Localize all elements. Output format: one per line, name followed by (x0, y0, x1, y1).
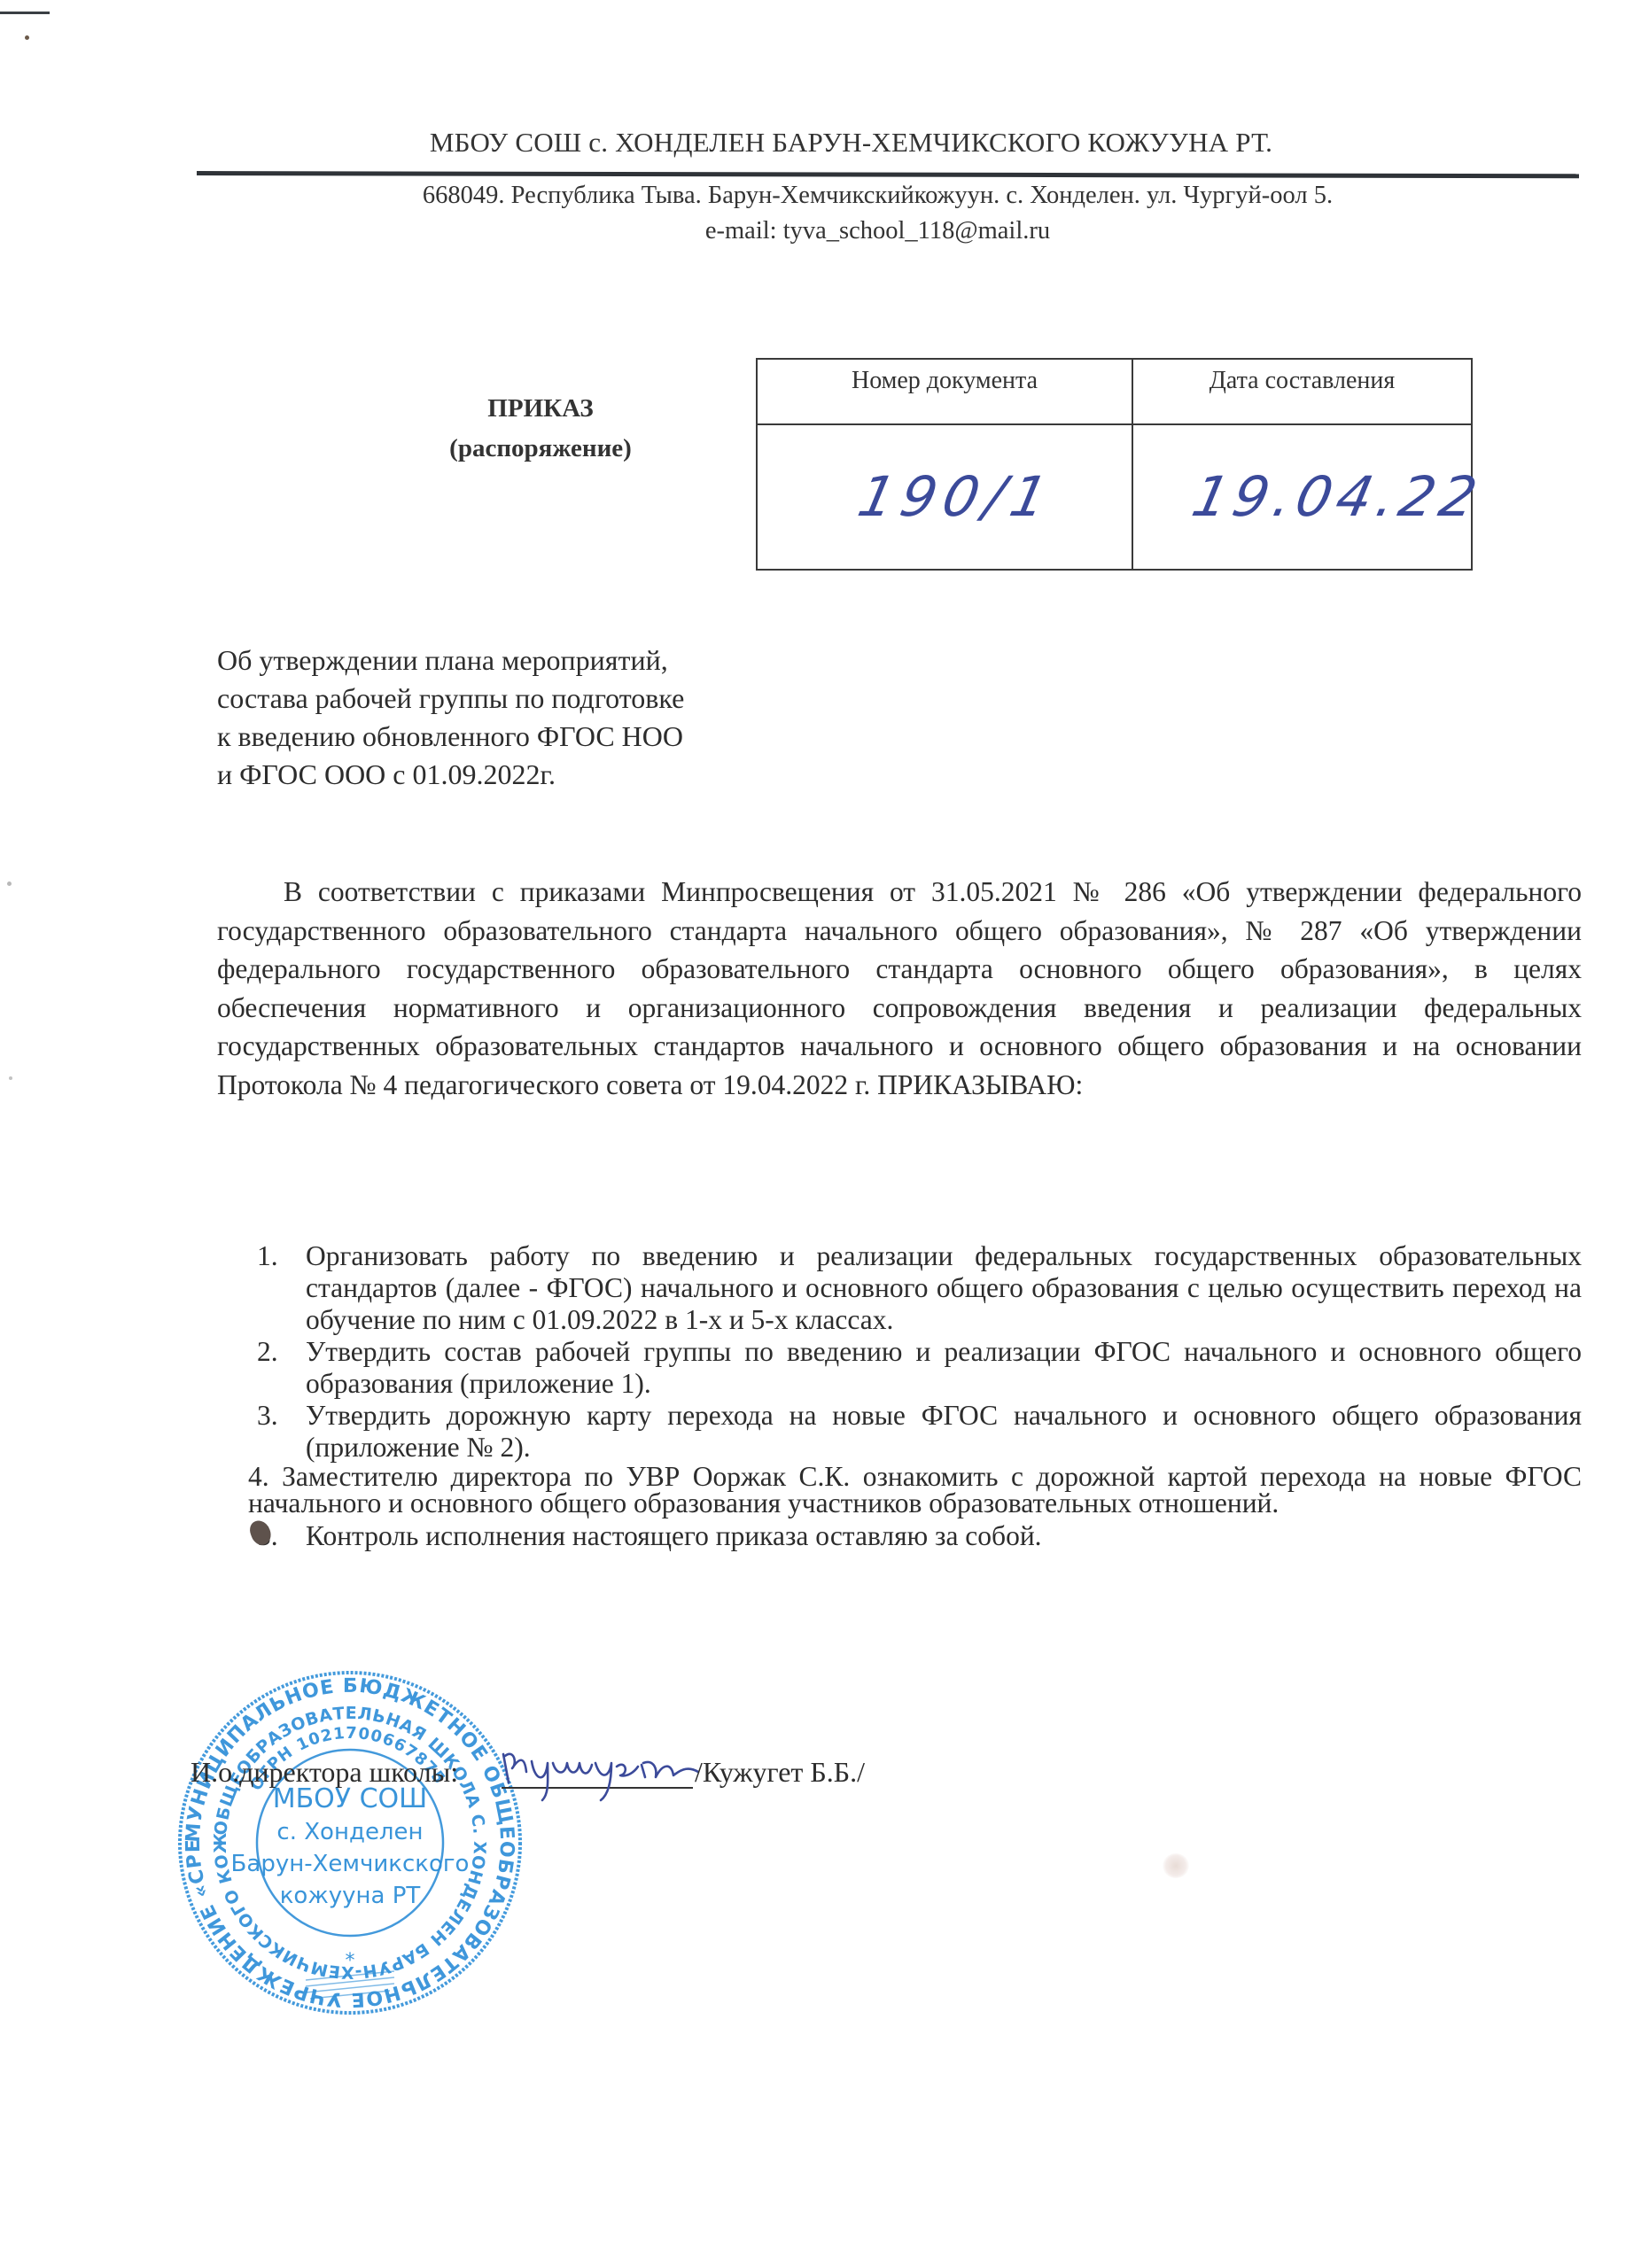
signatory-name: /Кужугет Б.Б./ (695, 1756, 865, 1789)
preamble-paragraph: В соответствии с приказами Минпросвещени… (217, 873, 1582, 1105)
svg-text:Барун-Хемчикского: Барун-Хемчикского (231, 1851, 470, 1877)
svg-text:*: * (346, 1950, 355, 1972)
item-number: 1. (257, 1240, 278, 1272)
header-document-date: Дата составления (1133, 367, 1471, 395)
subject-line: и ФГОС ООО с 01.09.2022г. (217, 756, 766, 794)
svg-text:с. Хонделен: с. Хонделен (276, 1819, 423, 1845)
organization-email: e-mail: tyva_school_118@mail.ru (0, 217, 1649, 245)
svg-text:кожууна РТ: кожууна РТ (280, 1883, 421, 1909)
document-date-value: 19.04.22 (1186, 464, 1488, 529)
scan-speck (7, 882, 12, 886)
paper-smudge (1163, 1853, 1189, 1878)
item-text: Заместителю директора по УВР Ооржак С.К.… (248, 1461, 1582, 1518)
order-title: ПРИКАЗ (408, 394, 673, 423)
scan-speck (9, 1076, 12, 1080)
order-item-2: 2. Утвердить состав рабочей группы по вв… (257, 1336, 1582, 1400)
handwritten-signature-icon (496, 1736, 700, 1807)
signatory-role: И.о.директора школы: (191, 1756, 458, 1789)
item-number: 3. (257, 1400, 278, 1432)
document-info-table: Номер документа Дата составления 190/1 1… (756, 358, 1473, 571)
scan-speck (25, 35, 29, 40)
header-document-number: Номер документа (758, 367, 1132, 395)
order-item-1: 1. Организовать работу по введению и реа… (257, 1240, 1582, 1336)
subject-line: Об утверждении плана мероприятий, (217, 641, 766, 680)
subject-line: состава рабочей группы по подготовке (217, 680, 766, 718)
order-subtitle: (распоряжение) (408, 434, 673, 463)
item-text: Организовать работу по введению и реализ… (306, 1240, 1582, 1335)
document-number-value: 190/1 (852, 464, 1060, 529)
organization-name: МБОУ СОШ с. ХОНДЕЛЕН БАРУН-ХЕМЧИКСКОГО К… (0, 127, 1649, 159)
scan-edge-mark (0, 12, 50, 14)
table-divider (758, 423, 1471, 425)
item-number: 2. (257, 1336, 278, 1368)
organization-address: 668049. Республика Тыва. Барун-Хемчикски… (0, 182, 1649, 210)
item-text: Утвердить дорожную карту перехода на нов… (306, 1400, 1582, 1463)
item-text: Утвердить состав рабочей группы по введе… (306, 1336, 1582, 1399)
order-items-list: 1. Организовать работу по введению и реа… (257, 1240, 1582, 1552)
item-text: Контроль исполнения настоящего приказа о… (306, 1520, 1042, 1551)
letterhead-rule (197, 171, 1579, 178)
order-item-4: 4. Заместителю директора по УВР Ооржак С… (248, 1464, 1582, 1517)
subject-line: к введению обновленного ФГОС НОО (217, 718, 766, 756)
order-item-5: 5. Контроль исполнения настоящего приказ… (257, 1520, 1582, 1552)
official-stamp-icon: МУНИЦИПАЛЬНОЕ БЮДЖЕТНОЕ ОБЩЕОБРАЗОВАТЕЛЬ… (173, 1666, 527, 2020)
order-subject: Об утверждении плана мероприятий, состав… (217, 641, 766, 794)
order-item-3: 3. Утвердить дорожную карту перехода на … (257, 1400, 1582, 1464)
